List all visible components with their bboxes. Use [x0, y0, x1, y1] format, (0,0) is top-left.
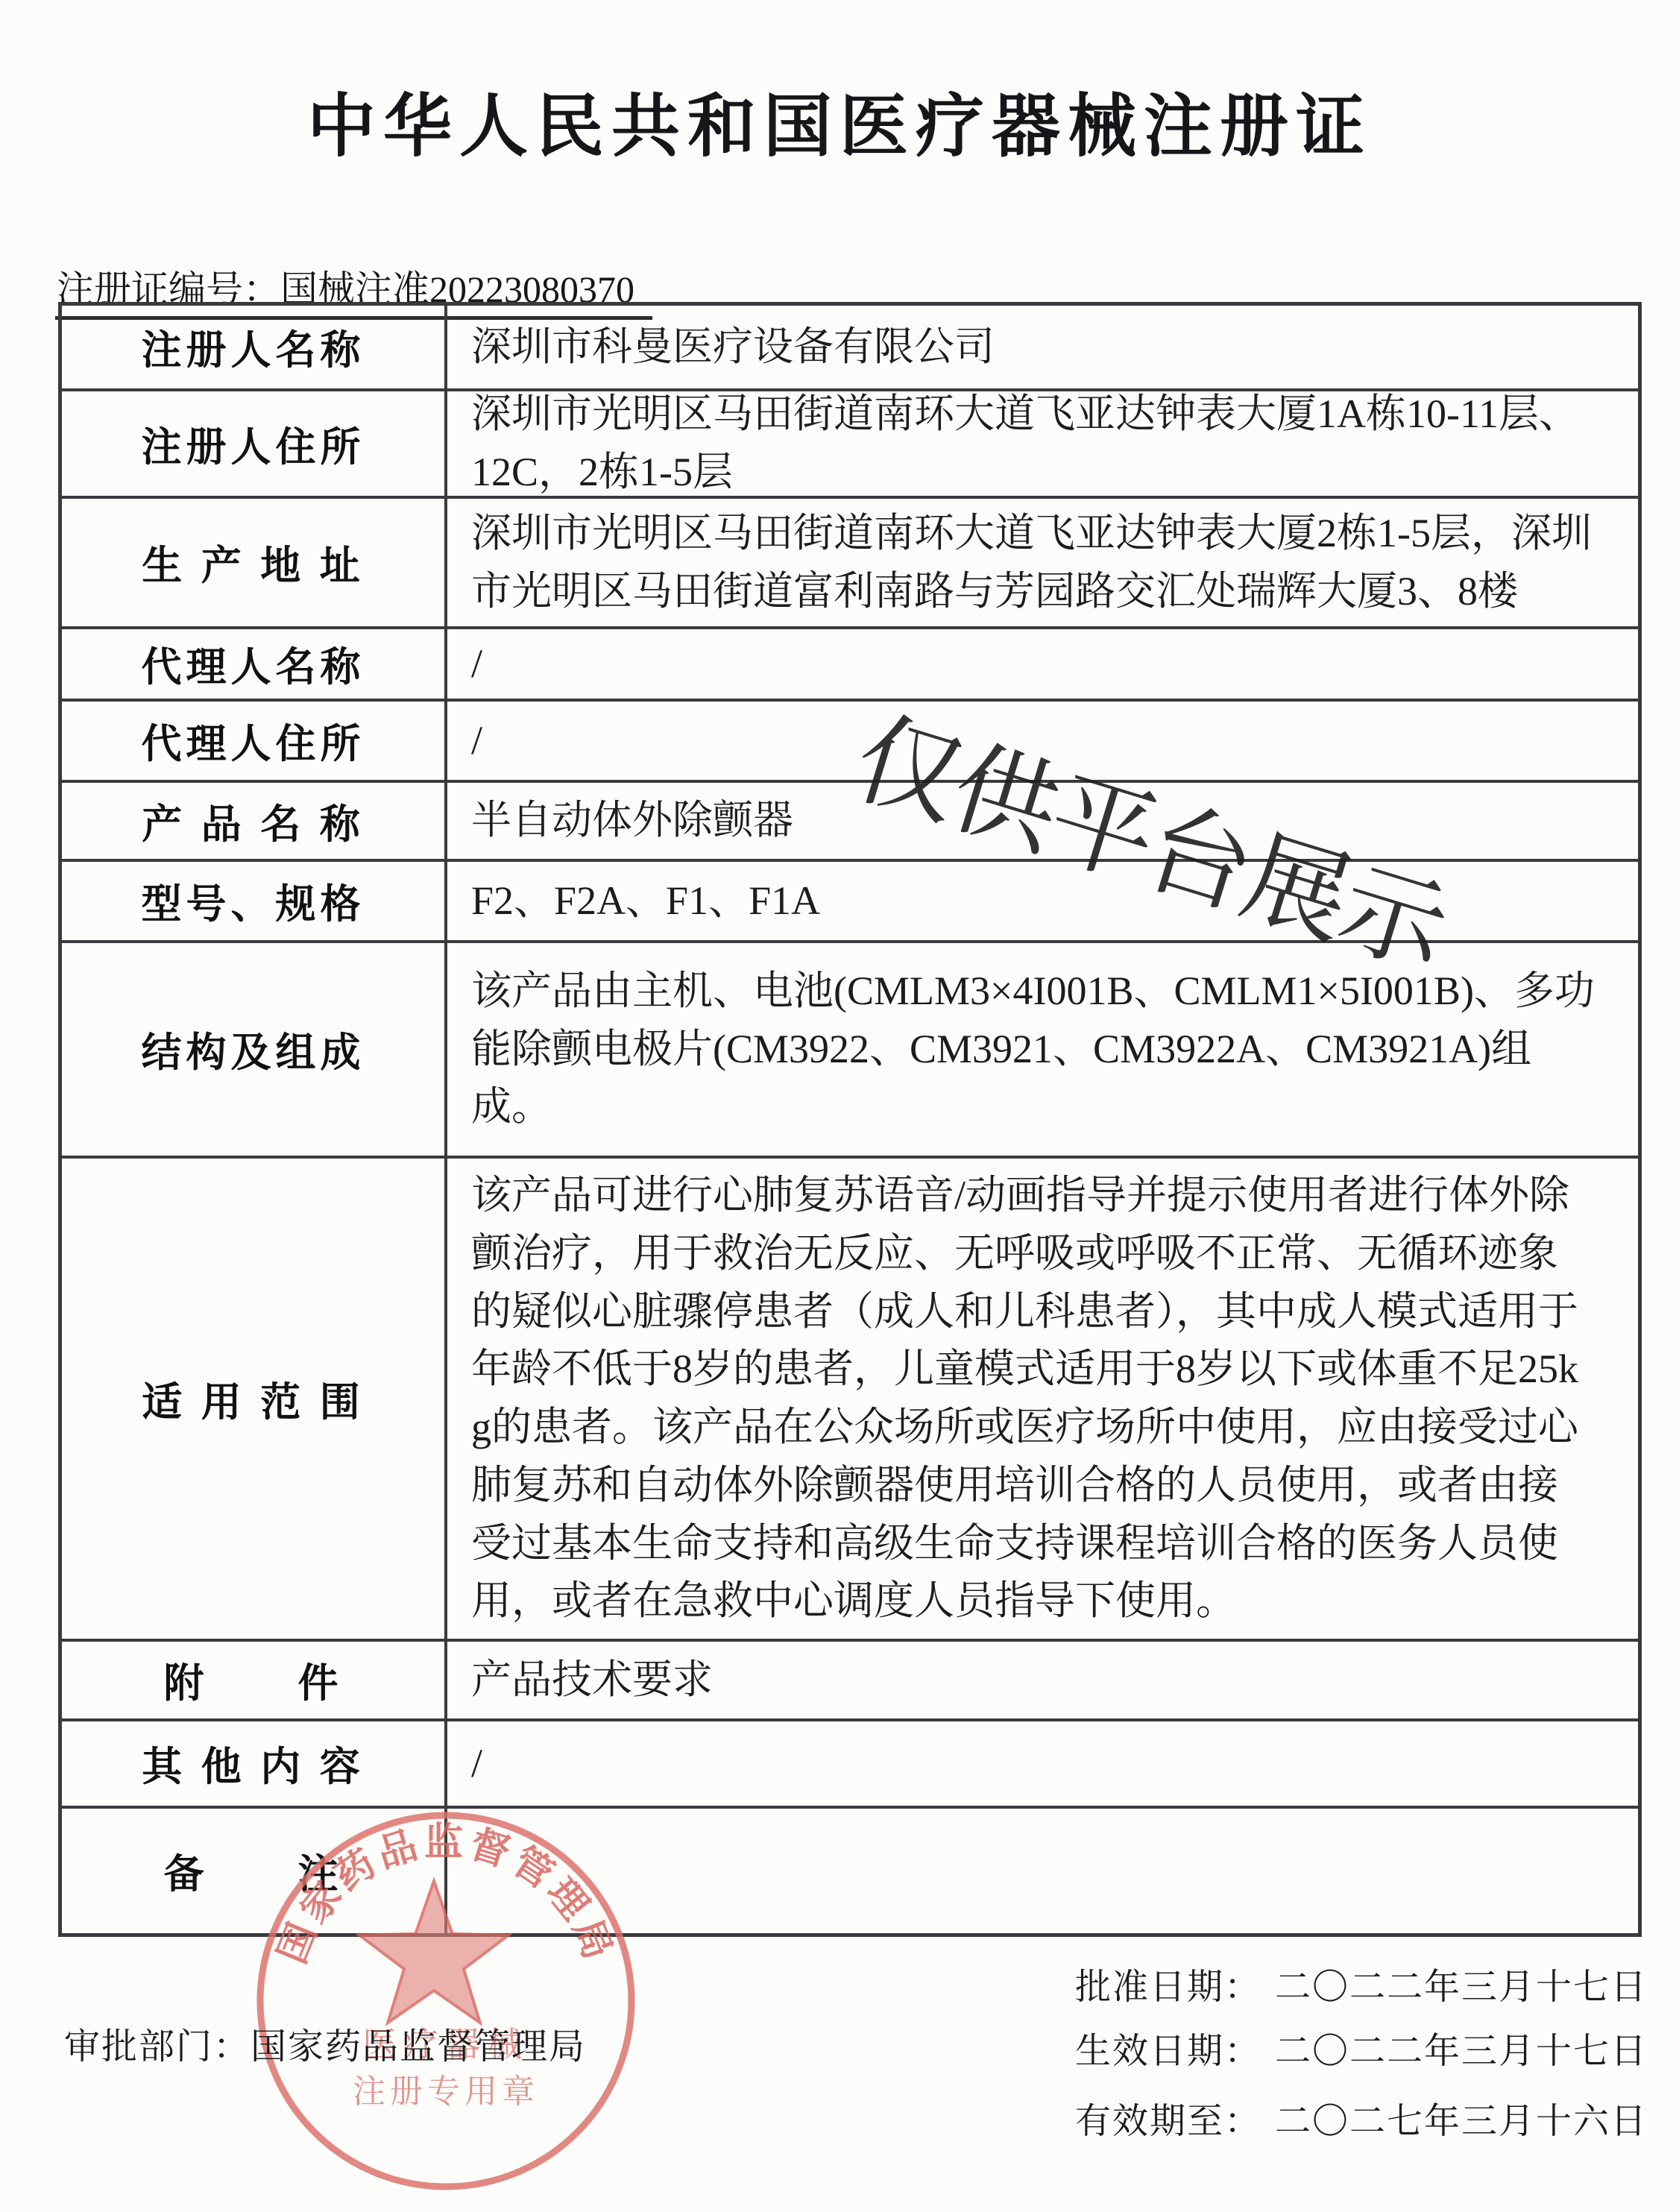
row-label: 注册人名称	[62, 306, 447, 388]
row-value: 产品技术要求	[447, 1642, 1638, 1718]
row-value: 该产品由主机、电池(CMLM3×4I001B、CMLM1×5I001B)、多功能…	[447, 943, 1638, 1156]
row-value: 深圳市光明区马田街道南环大道飞亚达钟表大厦2栋1-5层，深圳市光明区马田街道富利…	[447, 499, 1638, 626]
table-row-other-content: 其 他 内 容 /	[62, 1718, 1638, 1806]
row-label: 结构及组成	[62, 943, 447, 1156]
expiry-date-value: 二〇二七年三月十六日	[1275, 2102, 1648, 2141]
effective-date-label: 生效日期：	[1075, 2032, 1261, 2071]
approval-department-value: 国家药品监督管理局	[251, 2027, 586, 2067]
effective-date-value: 二〇二二年三月十七日	[1275, 2032, 1648, 2071]
certificate-title: 中华人民共和国医疗器械注册证	[0, 72, 1679, 170]
approval-department-line: 审批部门：国家药品监督管理局	[64, 2017, 586, 2069]
table-row-intended-use: 适 用 范 围 该产品可进行心肺复苏语音/动画指导并提示使用者进行体外除颤治疗，…	[62, 1156, 1638, 1639]
table-row-registrant-address: 注册人住所 深圳市光明区马田街道南环大道飞亚达钟表大厦1A栋10-11层、12C…	[62, 388, 1638, 496]
row-label: 附 件	[62, 1642, 447, 1718]
row-label: 代理人住所	[62, 702, 447, 780]
expiry-date-line: 有效期至：二〇二七年三月十六日	[1075, 2092, 1648, 2143]
effective-date-line: 生效日期：二〇二二年三月十七日	[1075, 2022, 1648, 2073]
approve-date-line: 批准日期：二〇二二年三月十七日	[1075, 1958, 1648, 2009]
table-row-agent-name: 代理人名称 /	[62, 626, 1638, 699]
row-value: 深圳市光明区马田街道南环大道飞亚达钟表大厦1A栋10-11层、12C，2栋1-5…	[447, 391, 1638, 496]
seal-star-icon	[359, 1881, 508, 2023]
official-seal-stamp: 国家药品监督管理局 医疗器械 注册专用章	[252, 1806, 640, 2201]
row-value: /	[447, 1721, 1638, 1806]
row-label: 型号、规格	[62, 862, 447, 940]
approve-date-value: 二〇二二年三月十七日	[1275, 1967, 1648, 2007]
approval-department-label: 审批部门：	[64, 2027, 251, 2067]
row-label: 产 品 名 称	[62, 783, 447, 859]
seal-ring	[260, 1815, 631, 2187]
expiry-date-label: 有效期至：	[1075, 2102, 1261, 2141]
row-label: 生 产 地 址	[62, 499, 447, 626]
row-label: 注册人住所	[62, 391, 447, 496]
row-label: 代理人名称	[62, 629, 447, 699]
certificate-table: 注册人名称 深圳市科曼医疗设备有限公司 注册人住所 深圳市光明区马田街道南环大道…	[58, 302, 1642, 1937]
approve-date-label: 批准日期：	[1075, 1967, 1261, 2007]
row-label: 适 用 范 围	[62, 1159, 447, 1639]
row-label: 其 他 内 容	[62, 1721, 447, 1806]
table-row-attachment: 附 件 产品技术要求	[62, 1639, 1638, 1718]
table-row-production-address: 生 产 地 址 深圳市光明区马田街道南环大道飞亚达钟表大厦2栋1-5层，深圳市光…	[62, 496, 1638, 626]
row-value: 该产品可进行心肺复苏语音/动画指导并提示使用者进行体外除颤治疗，用于救治无反应、…	[447, 1159, 1638, 1639]
seal-inner-line2: 注册专用章	[353, 2073, 539, 2110]
row-value: /	[447, 629, 1638, 699]
table-row-registrant-name: 注册人名称 深圳市科曼医疗设备有限公司	[62, 306, 1638, 388]
table-row-agent-address: 代理人住所 /	[62, 699, 1638, 780]
row-value: 深圳市科曼医疗设备有限公司	[447, 306, 1638, 388]
